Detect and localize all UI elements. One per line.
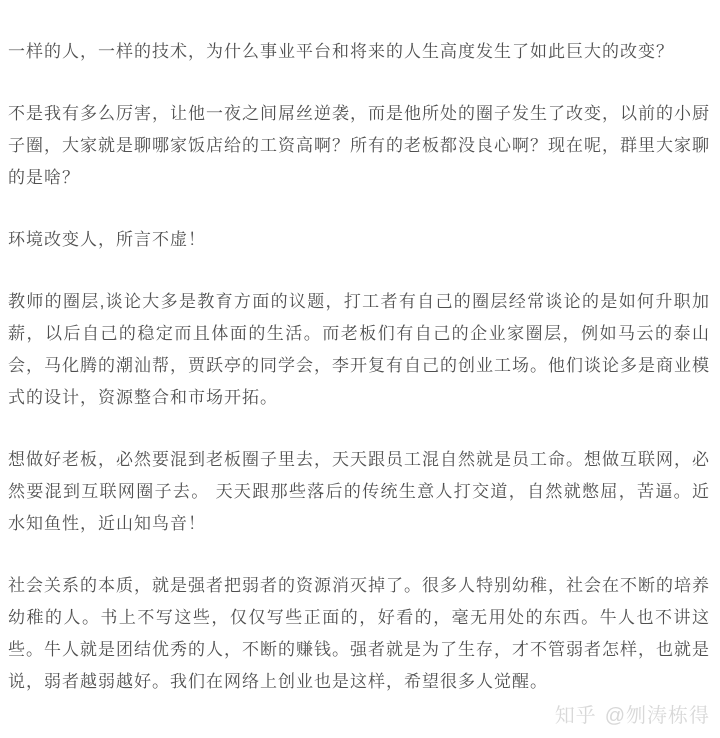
zhihu-brand-label: 知乎 xyxy=(555,705,597,727)
paragraph-boss-circle: 想做好老板，必然要混到老板圈子里去，天天跟员工混自然就是员工命。想做互联网，必然… xyxy=(8,444,710,540)
paragraph-environment: 环境改变人，所言不虚！ xyxy=(8,224,710,256)
zhihu-author-handle: @刎涛栋得 xyxy=(605,705,710,727)
paragraph-circles-examples: 教师的圈层,谈论大多是教育方面的议题，打工者有自己的圈层经常谈论的是如何升职加薪… xyxy=(8,286,710,414)
paragraph-social-relations: 社会关系的本质，就是强者把弱者的资源消灭掉了。很多人特别幼稚，社会在不断的培养幼… xyxy=(8,570,710,698)
article-body: 一样的人，一样的技术，为什么事业平台和将来的人生高度发生了如此巨大的改变？ 不是… xyxy=(0,0,720,698)
paragraph-question: 一样的人，一样的技术，为什么事业平台和将来的人生高度发生了如此巨大的改变？ xyxy=(8,36,710,68)
zhihu-watermark: 知乎@刎涛栋得 xyxy=(555,699,710,728)
paragraph-circle-change: 不是我有多么厉害，让他一夜之间屌丝逆袭，而是他所处的圈子发生了改变，以前的小厨子… xyxy=(8,98,710,194)
